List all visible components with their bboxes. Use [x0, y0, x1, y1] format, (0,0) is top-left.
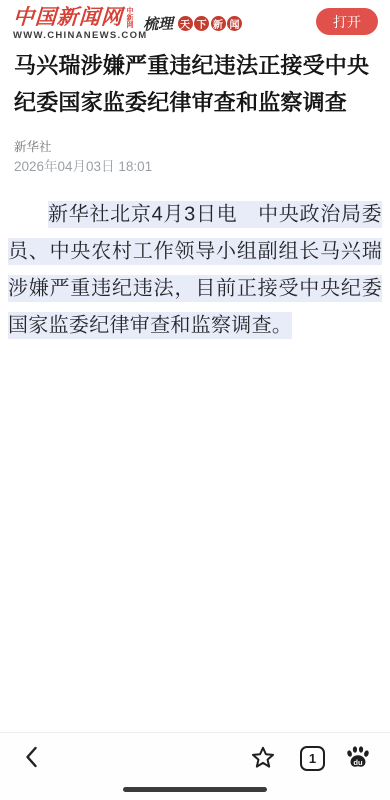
- slogan-calligraphy: 梳理 天 下 新 闻: [143, 13, 242, 34]
- browser-page: 中国新闻网 中新网 WWW.CHINANEWS.COM 梳理 天 下 新 闻 打…: [0, 0, 390, 800]
- chinanews-logo[interactable]: 中国新闻网 中新网 WWW.CHINANEWS.COM: [13, 6, 148, 41]
- article-source: 新华社: [14, 137, 52, 155]
- baidu-du-glyph: du: [353, 758, 363, 767]
- slogan-seal: 新: [211, 16, 226, 31]
- chinanews-logo-vertical-text: 中新网: [125, 7, 133, 28]
- tab-counter-button[interactable]: 1: [300, 746, 325, 771]
- open-app-button[interactable]: 打开: [316, 8, 378, 35]
- favorite-button[interactable]: [249, 744, 277, 772]
- back-chevron-icon: [18, 743, 46, 771]
- selected-text: 新华社北京4月3日电 中央政治局委员、中央农村工作领导小组副组长马兴瑞涉嫌严重违…: [8, 201, 382, 339]
- site-header: 中国新闻网 中新网 WWW.CHINANEWS.COM 梳理 天 下 新 闻 打…: [0, 0, 390, 46]
- baidu-app-button[interactable]: du: [344, 744, 372, 772]
- slogan-seal: 下: [194, 16, 209, 31]
- baidu-paw-icon: du: [344, 744, 372, 772]
- slogan-seal: 闻: [227, 16, 242, 31]
- chinanews-domain-text: WWW.CHINANEWS.COM: [13, 30, 148, 41]
- slogan-prefix-text: 梳理: [143, 12, 174, 34]
- browser-toolbar: 1 du: [0, 732, 390, 800]
- slogan-seal: 天: [178, 16, 193, 31]
- article-publish-date: 2026年04月03日 18:01: [14, 155, 152, 175]
- back-button[interactable]: [18, 743, 46, 771]
- tab-count-label: 1: [309, 752, 316, 765]
- home-indicator-handle[interactable]: [123, 787, 267, 792]
- article-title: 马兴瑞涉嫌严重违纪违法正接受中央纪委国家监委纪律审查和监察调查: [14, 47, 377, 121]
- article-paragraph: 新华社北京4月3日电 中央政治局委员、中央农村工作领导小组副组长马兴瑞涉嫌严重违…: [8, 196, 382, 344]
- star-icon: [249, 744, 277, 772]
- chinanews-logo-text: 中国新闻网: [12, 6, 123, 28]
